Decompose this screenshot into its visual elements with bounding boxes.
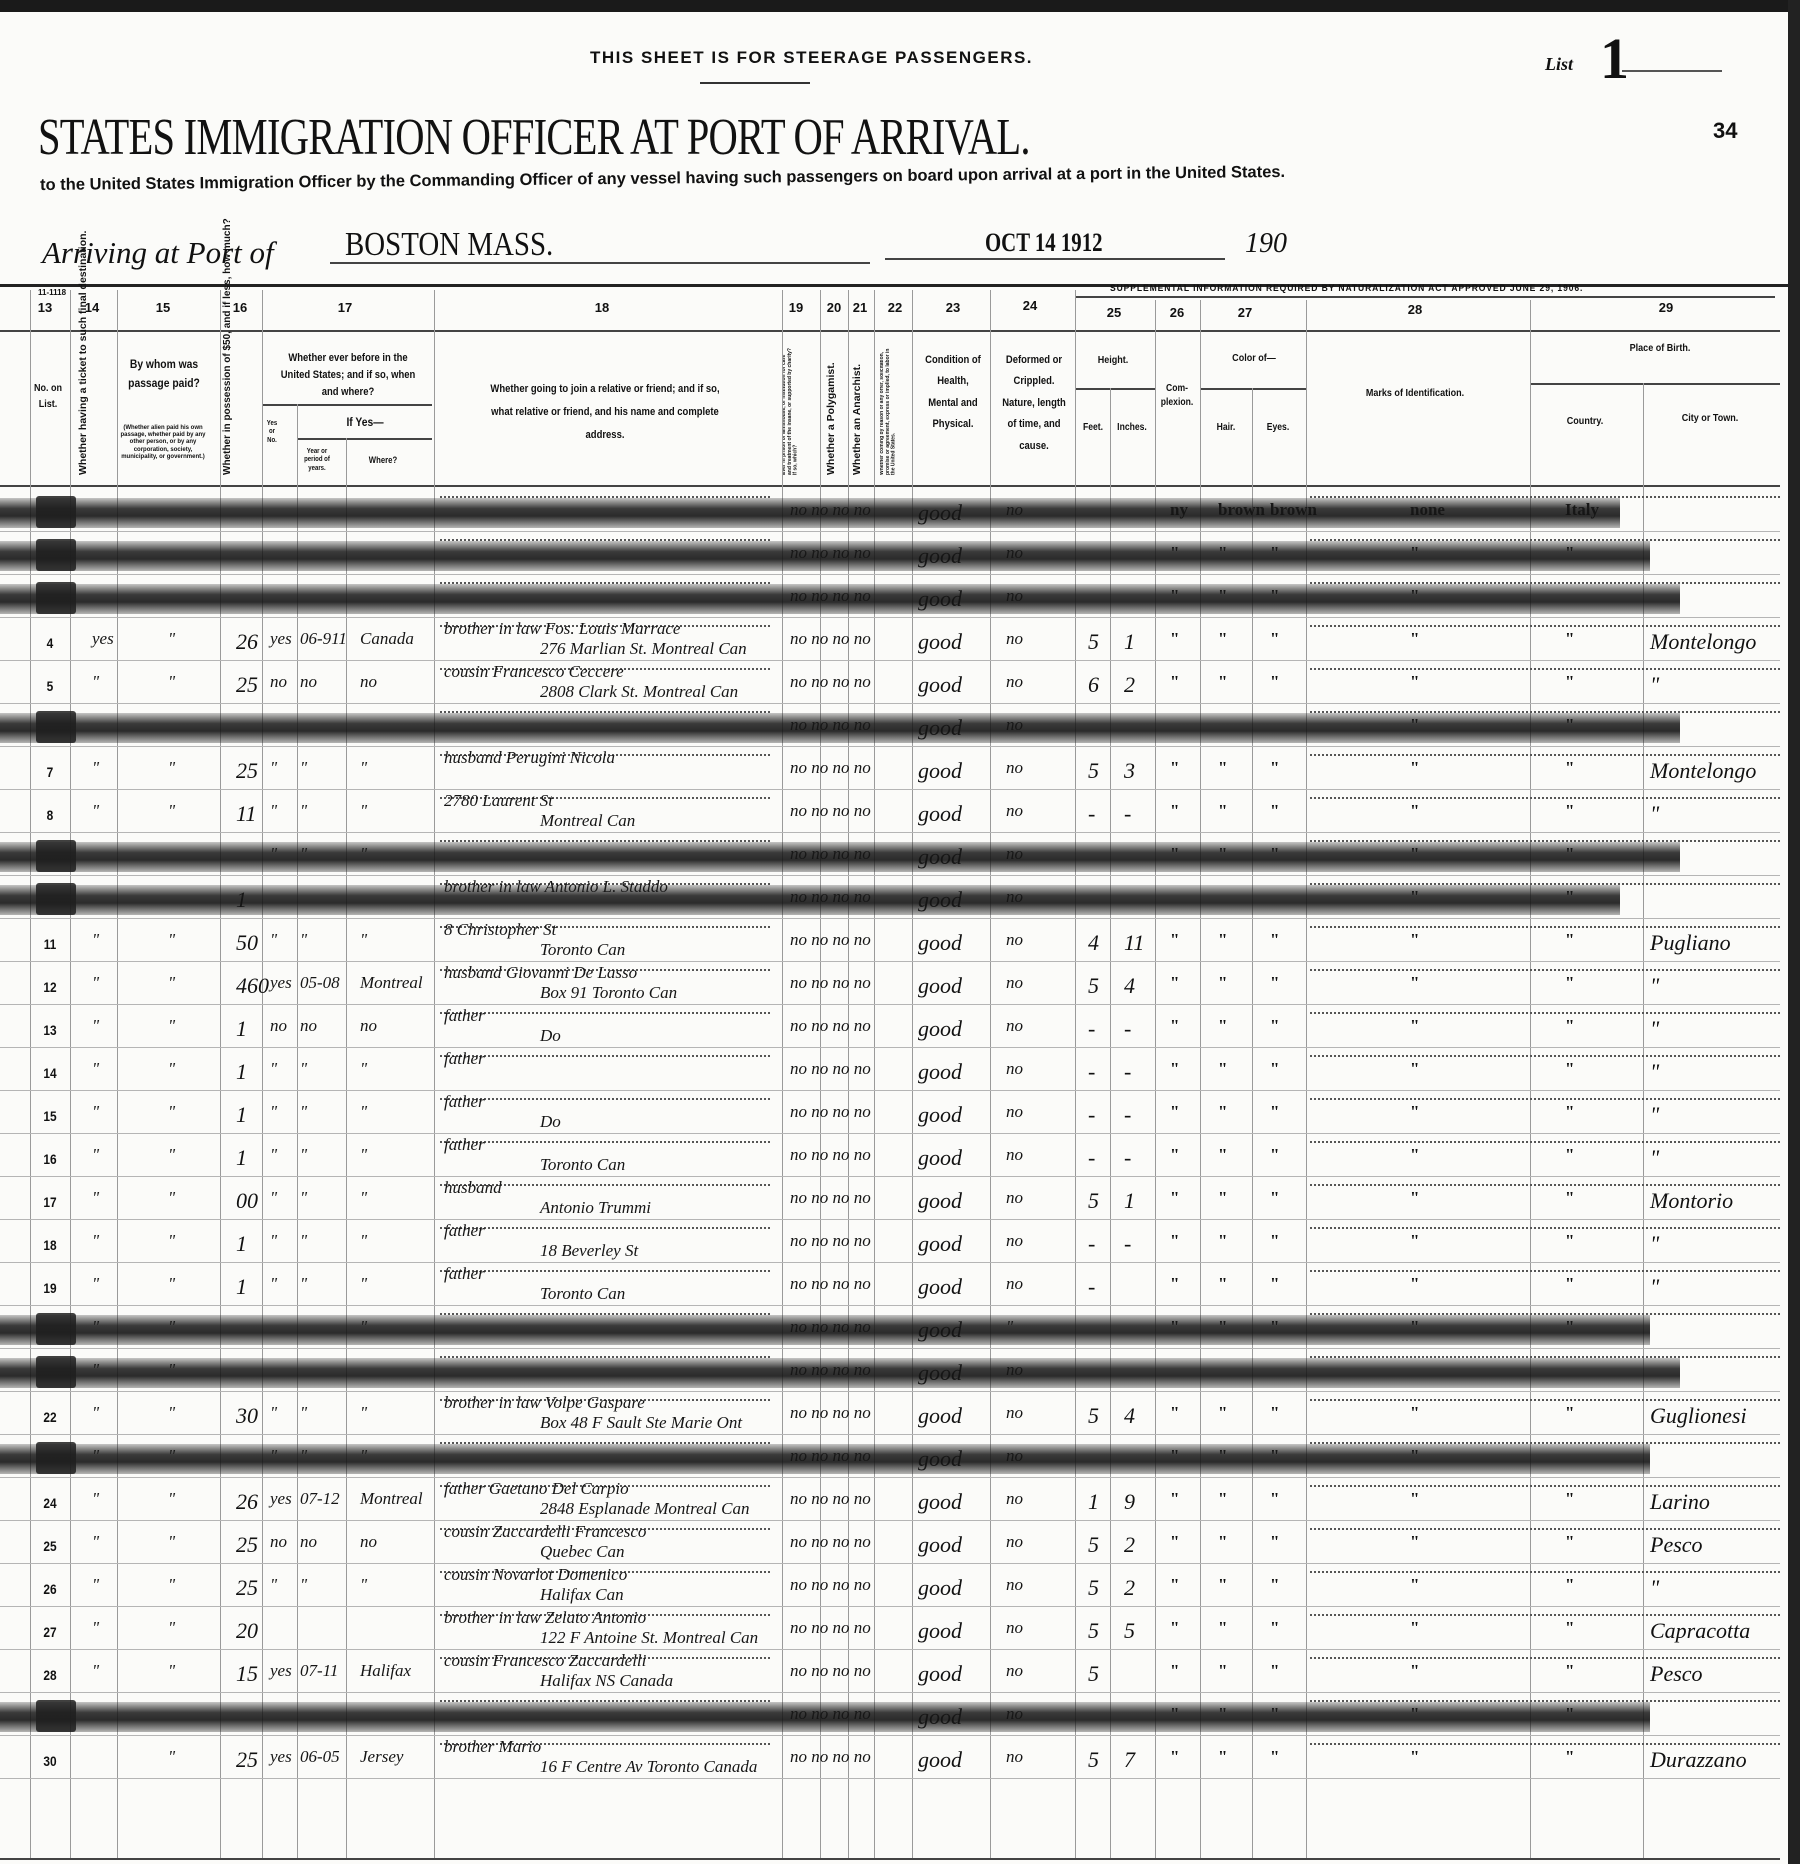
row-number: 17 xyxy=(33,1194,67,1210)
header-contract-labor: Whether coming by reason of any offer, s… xyxy=(880,345,906,475)
health-cell: good xyxy=(918,1274,962,1300)
dotted-guide xyxy=(440,1270,770,1272)
where-cell: " xyxy=(360,1188,367,1208)
redaction-bar xyxy=(0,1315,1650,1345)
feet-cell: 1 xyxy=(1088,1489,1099,1515)
header-fifty-dollars: Whether in possession of $50, and if les… xyxy=(222,340,233,475)
grid-line xyxy=(1200,300,1201,1860)
questions-cell: no no no no xyxy=(790,930,871,950)
money-cell: 00 xyxy=(236,1188,258,1214)
row-number: 14 xyxy=(33,1065,67,1081)
dotted-guide xyxy=(1310,668,1780,670)
deformed-cell: no xyxy=(1006,973,1023,993)
marks-cell: " xyxy=(1410,1532,1419,1552)
redaction-blotch xyxy=(36,539,76,571)
city-cell: " xyxy=(1650,1231,1659,1257)
health-cell: good xyxy=(918,1618,962,1644)
redaction-bar xyxy=(0,584,1680,614)
hair-cell: " xyxy=(1218,1274,1227,1294)
relative-cell: husband xyxy=(444,1178,502,1198)
row-number: 26 xyxy=(33,1581,67,1597)
header-year: Year or period of years. xyxy=(302,448,331,473)
year-cell: " xyxy=(300,758,307,778)
dotted-guide xyxy=(1310,797,1780,799)
list-number: 1 xyxy=(1600,30,1629,88)
where-cell: Halifax xyxy=(360,1661,411,1681)
ticket-cell: " xyxy=(92,1489,99,1509)
year-cell: " xyxy=(300,801,307,821)
relative-cell: 8 Christopher St xyxy=(444,920,556,940)
dotted-guide xyxy=(440,1141,770,1143)
questions-cell: no no no no xyxy=(790,1188,871,1208)
row-rule xyxy=(0,1735,1780,1736)
feet-cell: 5 xyxy=(1088,973,1099,999)
city-cell: " xyxy=(1650,1575,1659,1601)
eyes-cell: " xyxy=(1270,758,1279,778)
dotted-guide xyxy=(1310,1571,1780,1573)
row-rule xyxy=(0,1391,1780,1392)
city-cell: Durazzano xyxy=(1650,1747,1747,1773)
deformed-cell: no xyxy=(1006,1016,1023,1036)
country-cell: " xyxy=(1565,1102,1574,1122)
complexion-cell: " xyxy=(1170,758,1179,778)
colnum-28: 28 xyxy=(1408,302,1422,317)
marks-cell: " xyxy=(1410,1274,1419,1294)
questions-cell: no no no no xyxy=(790,672,871,692)
country-cell: " xyxy=(1565,973,1574,993)
relative-cell: cousin Novarlot Domenico xyxy=(444,1565,627,1585)
where-cell: " xyxy=(360,1059,367,1079)
year-cell: " xyxy=(300,1059,307,1079)
deformed-cell: no xyxy=(1006,629,1023,649)
ticket-cell: " xyxy=(92,1016,99,1036)
feet-cell: - xyxy=(1088,1274,1095,1300)
passage-paid-cell: " xyxy=(168,1618,175,1638)
hair-cell: " xyxy=(1218,672,1227,692)
complexion-cell: " xyxy=(1170,801,1179,821)
redaction-bar xyxy=(0,541,1650,571)
row-number: 16 xyxy=(33,1151,67,1167)
passage-paid-cell: " xyxy=(168,1403,175,1423)
marks-cell: " xyxy=(1410,1661,1419,1681)
grid-line xyxy=(1530,300,1531,1860)
where-cell: " xyxy=(360,801,367,821)
dotted-guide xyxy=(440,1055,770,1057)
row-rule xyxy=(0,660,1780,661)
divider xyxy=(0,485,1780,487)
city-cell: " xyxy=(1650,801,1659,827)
country-cell: " xyxy=(1565,1747,1574,1767)
feet-cell: 5 xyxy=(1088,1661,1099,1687)
header-hair: Hair. xyxy=(1207,420,1245,436)
city-cell: " xyxy=(1650,1145,1659,1171)
hair-cell: " xyxy=(1218,1403,1227,1423)
feet-cell: 4 xyxy=(1088,930,1099,956)
deformed-cell: no xyxy=(1006,1661,1023,1681)
ever-before-cell: yes xyxy=(270,973,292,993)
ticket-cell: " xyxy=(92,1231,99,1251)
hair-cell: " xyxy=(1218,1489,1227,1509)
year-cell: " xyxy=(300,930,307,950)
questions-cell: no no no no xyxy=(790,801,871,821)
hair-cell: " xyxy=(1218,1188,1227,1208)
grid-line xyxy=(1306,300,1307,1860)
passage-paid-cell: " xyxy=(168,1231,175,1251)
complexion-cell: " xyxy=(1170,1274,1179,1294)
relative-cell: brother in law Volpe Gaspare xyxy=(444,1393,645,1413)
divider xyxy=(1622,70,1722,72)
ticket-cell: " xyxy=(92,1618,99,1638)
row-rule xyxy=(0,1176,1780,1177)
deformed-cell: no xyxy=(1006,1747,1023,1767)
money-cell: 25 xyxy=(236,672,258,698)
row-rule xyxy=(0,832,1780,833)
deformed-cell: no xyxy=(1006,1102,1023,1122)
complexion-cell: " xyxy=(1170,1102,1179,1122)
inches-cell: 7 xyxy=(1124,1747,1135,1773)
redaction-bar xyxy=(0,713,1680,743)
dotted-guide xyxy=(1310,926,1780,928)
header-height: Height. xyxy=(1086,352,1139,368)
relative-cell: cousin Francesco Zaccardelli xyxy=(444,1651,646,1671)
country-cell: " xyxy=(1565,1489,1574,1509)
redaction-blotch xyxy=(36,1700,76,1732)
redaction-bar xyxy=(0,1358,1680,1388)
relative-address-cell: Box 48 F Sault Ste Marie Ont xyxy=(540,1413,742,1433)
feet-cell: - xyxy=(1088,1145,1095,1171)
relative-cell: father xyxy=(444,1135,485,1155)
header-passage-note: (Whether alien paid his own passage, whe… xyxy=(120,425,206,461)
dotted-guide xyxy=(440,1012,770,1014)
header-relative-friend: Whether going to join a relative or frie… xyxy=(480,378,729,447)
year-cell: " xyxy=(300,1403,307,1423)
health-cell: good xyxy=(918,801,962,827)
redaction-blotch xyxy=(36,582,76,614)
inches-cell: - xyxy=(1124,1059,1131,1085)
year-cell: " xyxy=(300,1274,307,1294)
header-deformed: Deformed or Crippled. Nature, length of … xyxy=(1000,350,1069,457)
health-cell: good xyxy=(918,758,962,784)
hair-cell: " xyxy=(1218,1102,1227,1122)
divider xyxy=(1076,388,1156,390)
row-number: 18 xyxy=(33,1237,67,1253)
divider xyxy=(700,82,810,84)
year-cell: no xyxy=(300,1532,317,1552)
where-cell: " xyxy=(360,1403,367,1423)
money-cell: 460 xyxy=(236,973,269,999)
row-number: 13 xyxy=(33,1022,67,1038)
inches-cell: 2 xyxy=(1124,1532,1135,1558)
year-cell: no xyxy=(300,672,317,692)
row-number: 22 xyxy=(33,1409,67,1425)
divider xyxy=(297,438,432,440)
inches-cell: - xyxy=(1124,1102,1131,1128)
relative-cell: father xyxy=(444,1264,485,1284)
money-cell: 25 xyxy=(236,1747,258,1773)
marks-cell: " xyxy=(1410,1618,1419,1638)
questions-cell: no no no no xyxy=(790,1145,871,1165)
feet-cell: 5 xyxy=(1088,1188,1099,1214)
divider xyxy=(0,1858,1780,1860)
relative-address-cell: 122 F Antoine St. Montreal Can xyxy=(540,1628,758,1648)
questions-cell: no no no no xyxy=(790,629,871,649)
colnum-17: 17 xyxy=(338,300,352,315)
top-border xyxy=(0,0,1800,12)
redaction-blotch xyxy=(36,1442,76,1474)
relative-address-cell: 18 Beverley St xyxy=(540,1241,638,1261)
redaction-blotch xyxy=(36,883,76,915)
feet-cell: 5 xyxy=(1088,1575,1099,1601)
header-where: Where? xyxy=(353,454,413,468)
questions-cell: no no no no xyxy=(790,1102,871,1122)
inches-cell: 2 xyxy=(1124,672,1135,698)
relative-address-cell: 2848 Esplanade Montreal Can xyxy=(540,1499,750,1519)
ticket-cell: " xyxy=(92,1274,99,1294)
questions-cell: no no no no xyxy=(790,973,871,993)
ever-before-cell: " xyxy=(270,1403,277,1423)
hair-cell: " xyxy=(1218,1145,1227,1165)
country-cell: " xyxy=(1565,1188,1574,1208)
header-color-of: Color of— xyxy=(1211,350,1297,366)
questions-cell: no no no no xyxy=(790,1274,871,1294)
year-cell: 06-05 xyxy=(300,1747,340,1767)
relative-address-cell: Box 91 Toronto Can xyxy=(540,983,677,1003)
passage-paid-cell: " xyxy=(168,1145,175,1165)
questions-cell: no no no no xyxy=(790,1618,871,1638)
where-cell: Jersey xyxy=(360,1747,403,1767)
page-subtitle: to the United States Immigration Officer… xyxy=(40,163,1285,195)
header-if-yes: If Yes— xyxy=(309,413,421,432)
deformed-cell: no xyxy=(1006,672,1023,692)
divider xyxy=(262,404,432,406)
marks-cell: " xyxy=(1410,1016,1419,1036)
eyes-cell: " xyxy=(1270,801,1279,821)
header-eyes: Eyes. xyxy=(1258,420,1298,436)
relative-cell: father xyxy=(444,1092,485,1112)
city-cell: " xyxy=(1650,1102,1659,1128)
where-cell: no xyxy=(360,672,377,692)
header-feet: Feet. xyxy=(1078,420,1107,436)
hair-cell: " xyxy=(1218,758,1227,778)
row-number: 5 xyxy=(33,678,67,694)
header-health: Condition of Health, Mental and Physical… xyxy=(923,350,983,436)
feet-cell: - xyxy=(1088,1016,1095,1042)
row-rule xyxy=(0,961,1780,962)
passage-paid-cell: " xyxy=(168,1661,175,1681)
row-number: 25 xyxy=(33,1538,67,1554)
year-cell: no xyxy=(300,1016,317,1036)
colnum-25: 25 xyxy=(1107,305,1121,320)
relative-address-cell: Toronto Can xyxy=(540,940,625,960)
feet-cell: 5 xyxy=(1088,629,1099,655)
country-cell: " xyxy=(1565,1403,1574,1423)
country-cell: " xyxy=(1565,1145,1574,1165)
relative-address-cell: Toronto Can xyxy=(540,1155,625,1175)
dotted-guide xyxy=(1310,1657,1780,1659)
grid-line xyxy=(346,438,347,1860)
where-cell: Canada xyxy=(360,629,414,649)
port-stamp: BOSTON MASS. xyxy=(345,226,553,264)
ticket-cell: " xyxy=(92,973,99,993)
marks-cell: " xyxy=(1410,1489,1419,1509)
ticket-cell: " xyxy=(92,1575,99,1595)
redaction-blotch xyxy=(36,1356,76,1388)
country-cell: " xyxy=(1565,1575,1574,1595)
dotted-guide xyxy=(1310,1614,1780,1616)
hair-cell: " xyxy=(1218,1231,1227,1251)
relative-cell: husband Perugini Nicola xyxy=(444,748,615,768)
right-border xyxy=(1788,0,1800,1864)
complexion-cell: " xyxy=(1170,1016,1179,1036)
feet-cell: - xyxy=(1088,1059,1095,1085)
dotted-guide xyxy=(1310,1743,1780,1745)
redaction-bar xyxy=(0,885,1620,915)
health-cell: good xyxy=(918,1661,962,1687)
inches-cell: 1 xyxy=(1124,1188,1135,1214)
redaction-bar xyxy=(0,842,1680,872)
health-cell: good xyxy=(918,1145,962,1171)
feet-cell: - xyxy=(1088,801,1095,827)
questions-cell: no no no no xyxy=(790,1747,871,1767)
passage-paid-cell: " xyxy=(168,930,175,950)
year-cell: " xyxy=(300,1102,307,1122)
money-cell: 25 xyxy=(236,758,258,784)
city-cell: Montorio xyxy=(1650,1188,1733,1214)
money-cell: 26 xyxy=(236,629,258,655)
hair-cell: " xyxy=(1218,930,1227,950)
ever-before-cell: " xyxy=(270,1145,277,1165)
inches-cell: - xyxy=(1124,1016,1131,1042)
complexion-cell: " xyxy=(1170,1747,1179,1767)
marks-cell: " xyxy=(1410,1231,1419,1251)
country-cell: " xyxy=(1565,1274,1574,1294)
dotted-guide xyxy=(1310,1141,1780,1143)
relative-cell: brother in law Zelato Antonio xyxy=(444,1608,646,1628)
ever-before-cell: yes xyxy=(270,1661,292,1681)
sheet-note: THIS SHEET IS FOR STEERAGE PASSENGERS. xyxy=(590,48,1033,68)
header-prison: Ever in prison or almshouse, or institut… xyxy=(782,345,808,475)
inches-cell: 5 xyxy=(1124,1618,1135,1644)
divider xyxy=(1075,296,1775,298)
inches-cell: 11 xyxy=(1124,930,1144,956)
colnum-24: 24 xyxy=(1023,298,1037,313)
ticket-cell: " xyxy=(92,758,99,778)
hair-cell: " xyxy=(1218,1532,1227,1552)
country-cell: " xyxy=(1565,1231,1574,1251)
money-cell: 1 xyxy=(236,1145,247,1171)
deformed-cell: no xyxy=(1006,1489,1023,1509)
feet-cell: 5 xyxy=(1088,1618,1099,1644)
city-cell: Capracotta xyxy=(1650,1618,1750,1644)
city-cell: Montelongo xyxy=(1650,758,1756,784)
row-rule xyxy=(0,1692,1780,1693)
divider xyxy=(1200,388,1306,390)
city-cell: Pesco xyxy=(1650,1661,1703,1687)
passage-paid-cell: " xyxy=(168,1102,175,1122)
header-no-on-list: No. on List. xyxy=(33,380,64,413)
inches-cell: 4 xyxy=(1124,1403,1135,1429)
year-cell: " xyxy=(300,1231,307,1251)
questions-cell: no no no no xyxy=(790,758,871,778)
row-rule xyxy=(0,1004,1780,1005)
dotted-guide xyxy=(1310,1270,1780,1272)
ever-before-cell: no xyxy=(270,1532,287,1552)
money-cell: 25 xyxy=(236,1575,258,1601)
row-number: 15 xyxy=(33,1108,67,1124)
divider xyxy=(1530,383,1780,385)
eyes-cell: " xyxy=(1270,973,1279,993)
city-cell: " xyxy=(1650,672,1659,698)
complexion-cell: " xyxy=(1170,930,1179,950)
marks-cell: " xyxy=(1410,1575,1419,1595)
marks-cell: " xyxy=(1410,930,1419,950)
grid-line xyxy=(297,404,298,1860)
hair-cell: " xyxy=(1218,1059,1227,1079)
year-prefix: 190 xyxy=(1245,228,1287,260)
eyes-cell: " xyxy=(1270,1145,1279,1165)
marks-cell: " xyxy=(1410,801,1419,821)
row-rule xyxy=(0,1090,1780,1091)
city-cell: Montelongo xyxy=(1650,629,1756,655)
feet-cell: 5 xyxy=(1088,1747,1099,1773)
row-rule xyxy=(0,1219,1780,1220)
deformed-cell: no xyxy=(1006,1575,1023,1595)
dotted-guide xyxy=(1310,1098,1780,1100)
feet-cell: 5 xyxy=(1088,758,1099,784)
year-cell: 05-08 xyxy=(300,973,340,993)
ever-before-cell: " xyxy=(270,801,277,821)
dotted-guide xyxy=(1310,1012,1780,1014)
complexion-cell: " xyxy=(1170,1618,1179,1638)
passage-paid-cell: " xyxy=(168,1532,175,1552)
ever-before-cell: " xyxy=(270,1059,277,1079)
year-cell: " xyxy=(300,1188,307,1208)
health-cell: good xyxy=(918,1747,962,1773)
marks-cell: " xyxy=(1410,629,1419,649)
row-rule xyxy=(0,1477,1780,1478)
eyes-cell: " xyxy=(1270,1059,1279,1079)
country-cell: " xyxy=(1565,1016,1574,1036)
relative-address-cell: Toronto Can xyxy=(540,1284,625,1304)
divider xyxy=(0,330,1780,332)
redaction-blotch xyxy=(36,840,76,872)
country-cell: " xyxy=(1565,672,1574,692)
passage-paid-cell: " xyxy=(168,973,175,993)
health-cell: good xyxy=(918,1102,962,1128)
relative-address-cell: Do xyxy=(540,1026,561,1046)
header-ticket: Whether having a ticket to such final de… xyxy=(78,345,90,475)
money-cell: 11 xyxy=(236,801,256,827)
complexion-cell: " xyxy=(1170,1532,1179,1552)
row-number: 28 xyxy=(33,1667,67,1683)
ever-before-cell: " xyxy=(270,758,277,778)
money-cell: 15 xyxy=(236,1661,258,1687)
form-code: 11-1118 xyxy=(38,288,66,297)
inches-cell: 3 xyxy=(1124,758,1135,784)
relative-cell: brother in law Fos. Louis Marrace xyxy=(444,619,680,639)
complexion-cell: " xyxy=(1170,1145,1179,1165)
hair-cell: " xyxy=(1218,1661,1227,1681)
ticket-cell: " xyxy=(92,672,99,692)
colnum-20: 20 xyxy=(827,300,841,315)
redaction-bar xyxy=(0,1702,1650,1732)
colnum-16: 16 xyxy=(233,300,247,315)
dotted-guide xyxy=(1310,969,1780,971)
relative-address-cell: 276 Marlian St. Montreal Can xyxy=(540,639,747,659)
deformed-cell: no xyxy=(1006,1618,1023,1638)
dotted-guide xyxy=(1310,1227,1780,1229)
field-line xyxy=(885,258,1225,260)
